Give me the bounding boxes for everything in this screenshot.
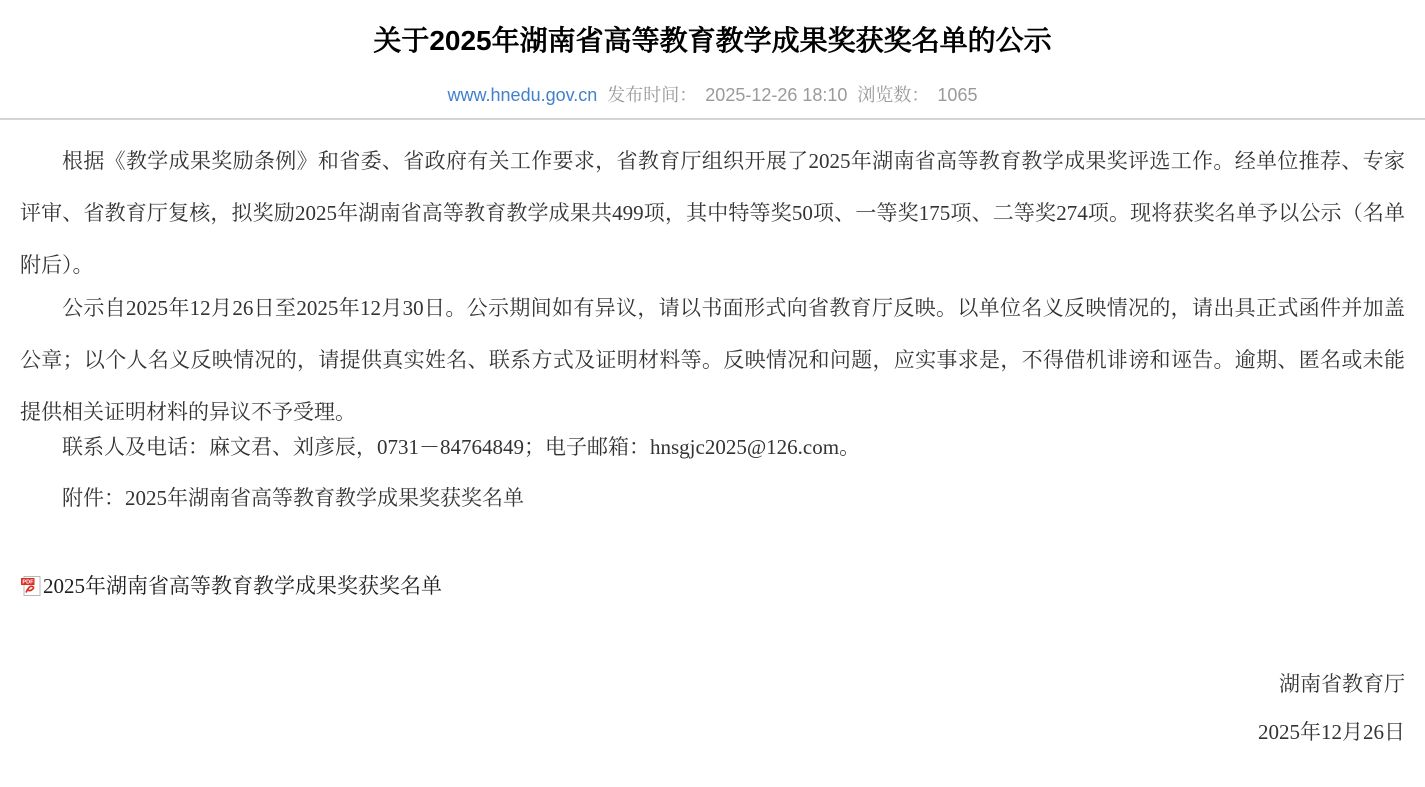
- publish-time-label: 发布时间：: [607, 85, 697, 105]
- article-body: 根据《教学成果奖励条例》和省委、省政府有关工作要求，省教育厅组织开展了2025年…: [20, 135, 1405, 524]
- body-paragraph-1: 根据《教学成果奖励条例》和省委、省政府有关工作要求，省教育厅组织开展了2025年…: [20, 135, 1405, 291]
- attachment-note-line: 附件：2025年湖南省高等教育教学成果奖获奖名单: [20, 472, 1405, 524]
- pdf-attachment-link[interactable]: PDF 2025年湖南省高等教育教学成果奖获奖名单: [20, 574, 442, 598]
- view-count-value: 1065: [937, 85, 977, 105]
- contact-line: 联系人及电话：麻文君、刘彦辰，0731－84764849；电子邮箱：hnsgjc…: [20, 421, 1405, 473]
- svg-text:PDF: PDF: [22, 580, 34, 586]
- signature-date: 2025年12月26日: [20, 708, 1405, 756]
- pdf-icon: PDF: [20, 575, 42, 597]
- page-title: 关于2025年湖南省高等教育教学成果奖获奖名单的公示: [20, 24, 1405, 58]
- source-link[interactable]: www.hnedu.gov.cn: [448, 85, 598, 105]
- signature-block: 湖南省教育厅 2025年12月26日: [20, 660, 1405, 756]
- attachment-link-row: PDF 2025年湖南省高等教育教学成果奖获奖名单: [20, 560, 1405, 612]
- view-count-label: 浏览数：: [857, 85, 929, 105]
- publish-time-value: 2025-12-26 18:10: [705, 85, 847, 105]
- signature-org: 湖南省教育厅: [20, 660, 1405, 708]
- header-divider: [0, 118, 1425, 120]
- body-paragraph-2: 公示自2025年12月26日至2025年12月30日。公示期间如有异议，请以书面…: [20, 282, 1405, 438]
- article-meta: www.hnedu.gov.cn发布时间：2025-12-26 18:10浏览数…: [0, 84, 1425, 106]
- pdf-link-text: 2025年湖南省高等教育教学成果奖获奖名单: [43, 574, 442, 598]
